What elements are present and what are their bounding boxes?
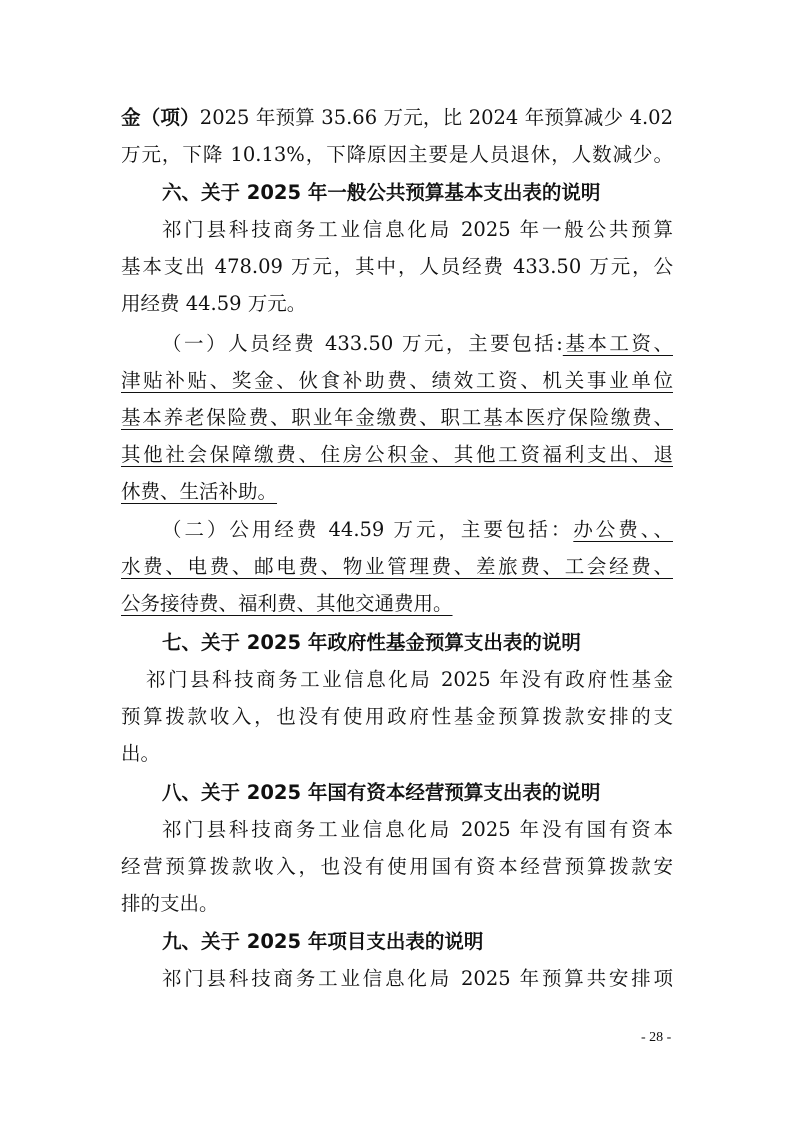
section-6-heading: 六、关于 2025 年一般公共预算基本支出表的说明 [162, 175, 600, 211]
section-9-line: 祁门县科技商务工业信息化局 2025 年预算共安排项 [162, 961, 673, 997]
section-9-heading: 九、关于 2025 年项目支出表的说明 [162, 924, 483, 960]
personnel-items-line: 基本养老保险费、职业年金缴费、职工基本医疗保险缴费、 [121, 400, 673, 436]
section-7-heading: 七、关于 2025 年政府性基金预算支出表的说明 [162, 625, 581, 661]
public-items-line-last: 公务接待费、福利费、其他交通费用。 [121, 586, 673, 622]
personnel-items: 基本工资、 [563, 332, 673, 355]
section-6-para-line: 用经费 44.59 万元。 [121, 286, 673, 322]
section-8-line: 排的支出。 [121, 886, 673, 922]
personnel-intro: （一）人员经费 433.50 万元，主要包括: [162, 332, 563, 355]
public-items-line: 水费、电费、邮电费、物业管理费、差旅费、工会经费、 [121, 549, 673, 585]
section-8-line: 经营预算拨款收入，也没有使用国有资本经营预算拨款安 [121, 849, 673, 885]
section-8-line: 祁门县科技商务工业信息化局 2025 年没有国有资本 [162, 812, 673, 848]
section-7-line: 祁门县科技商务工业信息化局 2025 年没有政府性基金 [146, 662, 673, 698]
public-expense-line-1: （二）公用经费 44.59 万元，主要包括：办公费、、 [162, 512, 673, 548]
personnel-items-line: 津贴补贴、奖金、伙食补助费、绩效工资、机关事业单位 [121, 363, 673, 399]
public-items-end: 公务接待费、福利费、其他交通费用。 [121, 592, 453, 615]
document-page: 金（项）2025 年预算 35.66 万元，比 2024 年预算减少 4.02 … [0, 0, 793, 1122]
page-number: - 28 - [641, 1030, 671, 1046]
continuation-prefix: 金（项） [121, 106, 200, 129]
section-6-para-line: 祁门县科技商务工业信息化局 2025 年一般公共预算 [162, 212, 673, 248]
public-items: 办公费、、 [573, 518, 673, 541]
personnel-items-line-last: 休费、生活补助。 [121, 474, 673, 510]
public-intro: （二）公用经费 44.59 万元，主要包括： [162, 518, 573, 541]
personnel-items-end: 休费、生活补助。 [121, 480, 277, 503]
continuation-text: 2025 年预算 35.66 万元，比 2024 年预算减少 4.02 [200, 106, 673, 129]
section-7-line: 预算拨款收入，也没有使用政府性基金预算拨款安排的支 [121, 699, 673, 735]
personnel-items-line: 其他社会保障缴费、住房公积金、其他工资福利支出、退 [121, 437, 673, 473]
section-7-line: 出。 [121, 736, 673, 772]
continuation-line-2: 万元，下降 10.13%，下降原因主要是人员退休，人数减少。 [121, 137, 673, 173]
continuation-line-1: 金（项）2025 年预算 35.66 万元，比 2024 年预算减少 4.02 [121, 100, 673, 136]
section-6-para-line: 基本支出 478.09 万元，其中，人员经费 433.50 万元，公 [121, 249, 673, 285]
section-8-heading: 八、关于 2025 年国有资本经营预算支出表的说明 [162, 775, 600, 811]
personnel-expense-line-1: （一）人员经费 433.50 万元，主要包括:基本工资、 [162, 326, 673, 362]
